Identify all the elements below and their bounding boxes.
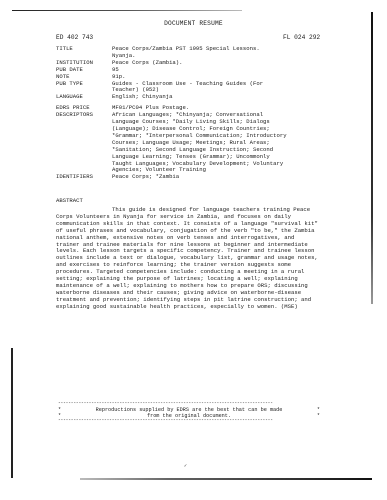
document-heading: DOCUMENT RESUME (0, 20, 387, 27)
abstract-label: ABSTRACT (56, 197, 83, 204)
abstract-text: This guide is designed for language teac… (56, 207, 318, 311)
stray-check-mark: ✓ (184, 463, 187, 469)
field-identifiers: IDENTIFIERS Peace Corps; *Zambia (56, 174, 356, 181)
field-value: African Languages; *Chinyanja; Conversat… (112, 112, 356, 174)
metadata-fields: TITLE Peace Corps/Zambia PST 1995 Specia… (56, 46, 356, 181)
field-label: IDENTIFIERS (56, 174, 112, 181)
field-language: LANGUAGE English; Chinyanja (56, 94, 356, 101)
field-value: Peace Corps; *Zambia (112, 174, 356, 181)
field-institution: INSTITUTION Peace Corps (Zambia). (56, 60, 356, 67)
field-label: DESCRIPTORS (56, 112, 112, 174)
notice-border-bottom: ****************************************… (58, 419, 320, 425)
field-value: 95 (112, 67, 356, 74)
field-pub-type: PUB TYPE Guides - Classroom Use - Teachi… (56, 81, 356, 95)
field-value: English; Chinyanja (112, 94, 356, 101)
scan-edge-top (12, 10, 242, 11)
field-descriptors: DESCRIPTORS African Languages; *Chinyanj… (56, 112, 356, 174)
scan-edge-left (11, 348, 13, 478)
field-value: Peace Corps (Zambia). (112, 60, 356, 67)
clearinghouse-number: FL 024 292 (283, 34, 320, 41)
field-label: TITLE (56, 46, 112, 60)
document-page: DOCUMENT RESUME ED 402 743 FL 024 292 TI… (0, 0, 387, 500)
notice-border-char: * (317, 414, 320, 420)
field-value: Guides - Classroom Use - Teaching Guides… (112, 81, 356, 95)
field-label: LANGUAGE (56, 94, 112, 101)
accession-number: ED 402 743 (56, 34, 93, 41)
field-value: Peace Corps/Zambia PST 1995 Special Less… (112, 46, 356, 60)
field-pub-date: PUB DATE 95 (56, 67, 356, 74)
scan-edge-bottom (80, 478, 372, 480)
field-title: TITLE Peace Corps/Zambia PST 1995 Specia… (56, 46, 356, 60)
reproduction-notice: ****************************************… (58, 402, 320, 425)
field-label: PUB TYPE (56, 81, 112, 95)
scan-edge-right (371, 12, 373, 304)
